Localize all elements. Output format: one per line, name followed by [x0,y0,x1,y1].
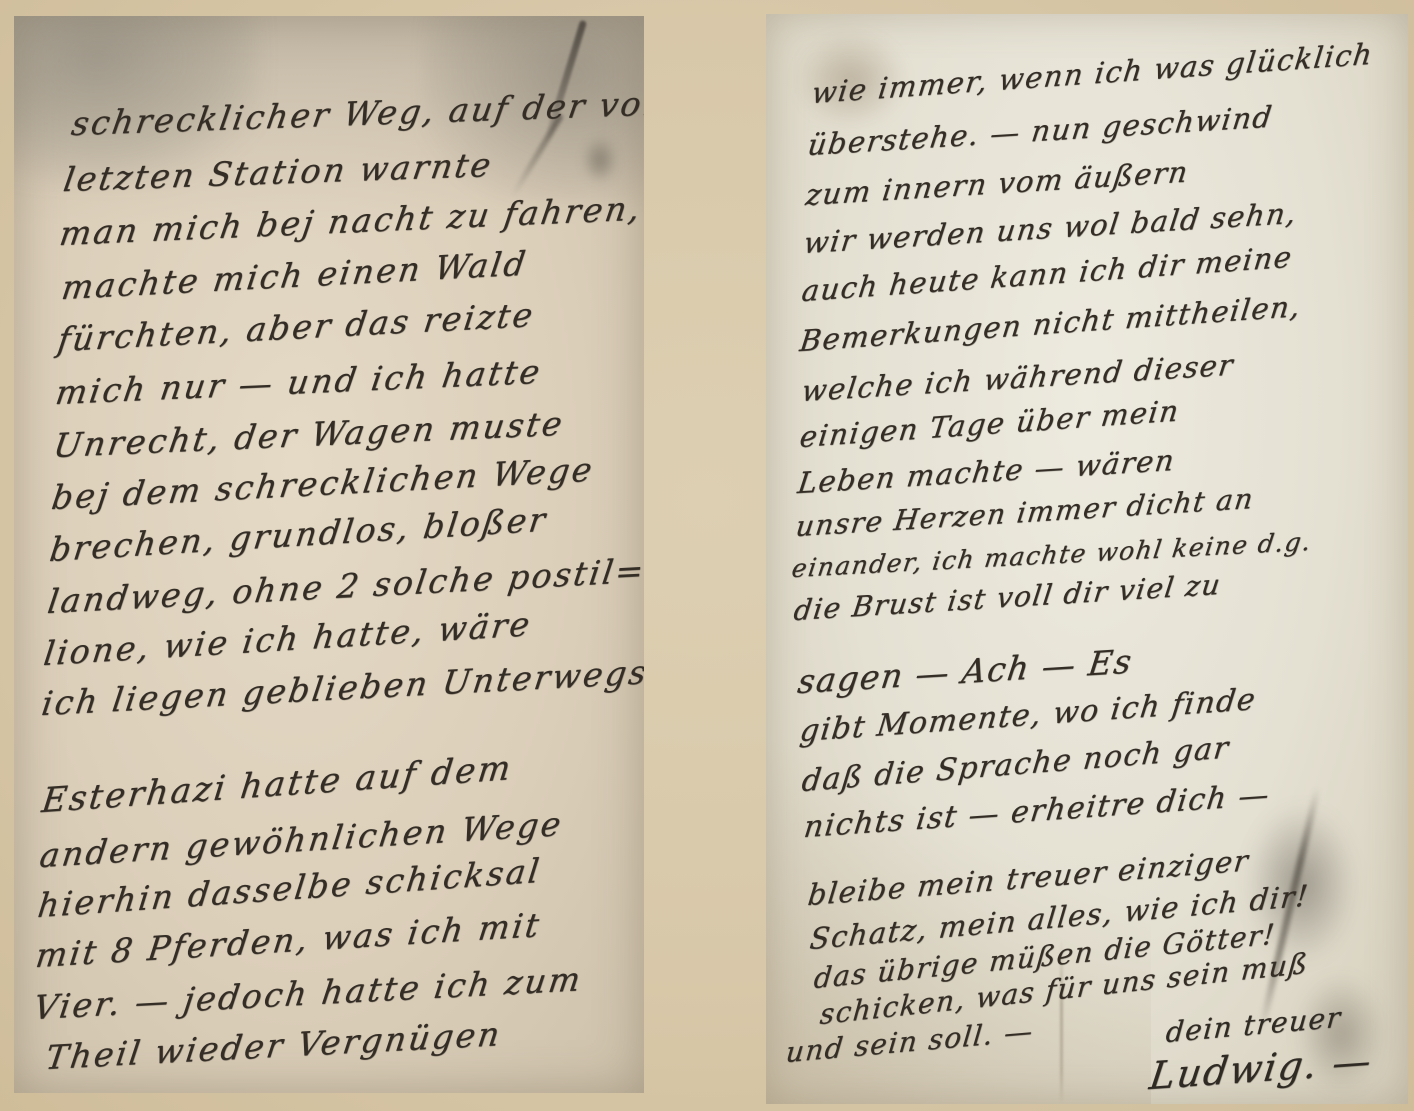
handwriting-line: wie immer, wenn ich was glücklich [810,37,1375,111]
right-letter-page: dein treuer Ludwig. — wie immer, wenn ic… [766,14,1408,1104]
handwriting-line: zum innern vom äußern [804,154,1191,212]
handwriting-line: schrecklicher Weg, auf der vor= [69,82,644,143]
handwriting-line: letzten Station warnte [61,145,496,199]
handwriting-line: machte mich einen Wald [59,243,530,307]
handwriting-line: überstehe. — nun geschwind [806,99,1275,162]
handwriting-line: fürchten, aber das reizte [55,295,537,359]
handwriting-line: mich nur — und ich hatte [53,352,545,413]
left-letter-page: schrecklicher Weg, auf der vor=letzten S… [14,16,644,1093]
handwriting-line: man mich bej nacht zu fahren, [57,188,644,253]
ink-stain [582,136,618,184]
book-spread: schrecklicher Weg, auf der vor=letzten S… [0,0,1414,1111]
handwriting-line: Theil wieder Vergnügen [43,1014,504,1077]
handwriting-line: sagen — Ach — Es [795,641,1135,701]
